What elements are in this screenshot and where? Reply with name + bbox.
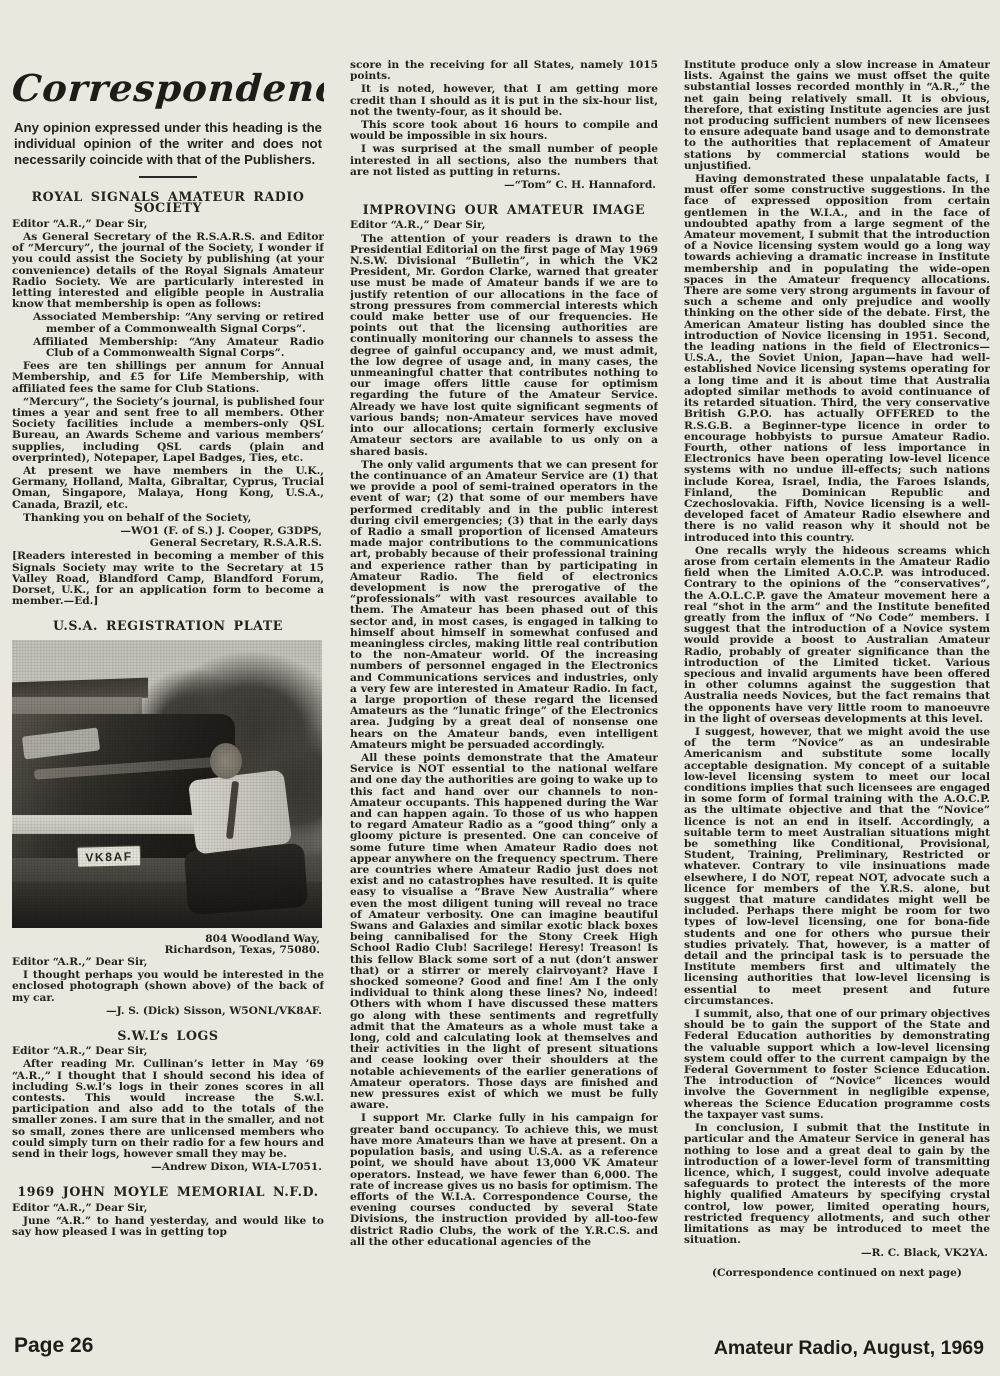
paragraph: “Mercury”, the Society’s journal, is pub… <box>12 397 324 464</box>
paragraph: I suggest, however, that we might avoid … <box>684 727 990 1007</box>
salutation: Editor “A.R.,” Dear Sir, <box>12 1046 324 1057</box>
paragraph: The attention of your readers is drawn t… <box>350 234 658 458</box>
salutation: Editor “A.R.,” Dear Sir, <box>12 219 324 230</box>
salutation: Editor “A.R.,” Dear Sir, <box>12 957 324 968</box>
paragraph: June “A.R.” to hand yesterday, and would… <box>12 1216 324 1238</box>
paragraph: In conclusion, I submit that the Institu… <box>684 1123 990 1246</box>
paragraph-continuation: score in the receiving for all States, n… <box>350 60 658 82</box>
car-rear-window <box>22 727 100 759</box>
licence-plate-text: VK8AF <box>85 848 133 863</box>
column-2: score in the receiving for all States, n… <box>350 60 658 1332</box>
salutation: Editor “A.R.,” Dear Sir, <box>350 220 658 231</box>
man-shirt <box>188 769 292 854</box>
paragraph: I support Mr. Clarke fully in his campai… <box>350 1113 658 1247</box>
column-1-blocks: ROYAL SIGNALS AMATEUR RADIO SOCIETYEdito… <box>12 191 324 1238</box>
paragraph-continuation: Institute produce only a slow increase i… <box>684 60 990 172</box>
page-number: Page 26 <box>14 1334 93 1358</box>
section-heading: ROYAL SIGNALS AMATEUR RADIO SOCIETY <box>12 191 324 213</box>
paragraph: One recalls wryly the hideous screams wh… <box>684 546 990 725</box>
journal-title-date: Amateur Radio, August, 1969 <box>714 1337 984 1360</box>
section-heading: U.S.A. REGISTRATION PLATE <box>12 620 324 631</box>
salutation: Editor “A.R.,” Dear Sir, <box>12 1203 324 1214</box>
continuation-note: (Correspondence continued on next page) <box>684 1268 990 1279</box>
paragraph: I thought perhaps you would be intereste… <box>12 970 324 1004</box>
paragraph: Fees are ten shillings per annum for Ann… <box>12 361 324 395</box>
man-legs <box>184 843 308 915</box>
editor-note: [Readers interested in becoming a member… <box>12 551 324 607</box>
magazine-page: Correspondence Any opinion expressed und… <box>0 0 1000 1376</box>
paragraph: The only valid arguments that we can pre… <box>350 460 658 751</box>
membership-item: Associated Membership: “Any serving or r… <box>12 312 324 334</box>
signature: —“Tom” C. H. Hannaford. <box>350 180 656 191</box>
page-title: Correspondence <box>12 66 324 110</box>
column-3: Institute produce only a slow increase i… <box>684 60 990 1332</box>
disclaimer-text: Any opinion expressed under this heading… <box>14 120 322 168</box>
signature: —Andrew Dixon, WIA-L7051. <box>12 1162 322 1173</box>
membership-item: Affiliated Membership: “Any Amateur Radi… <box>12 337 324 359</box>
paragraph: I was surprised at the small number of p… <box>350 144 658 178</box>
paragraph: It is noted, however, that I am getting … <box>350 84 658 118</box>
photo-caption: Richardson, Texas, 75080. <box>12 945 320 956</box>
signature: —WO1 (F. of S.) J. Cooper, G3DPS, <box>12 526 322 537</box>
section-heading: IMPROVING OUR AMATEUR IMAGE <box>350 204 658 215</box>
column-2-blocks: score in the receiving for all States, n… <box>350 60 658 1248</box>
paragraph: Having demonstrated these unpalatable fa… <box>684 174 990 544</box>
section-heading: 1969 JOHN MOYLE MEMORIAL N.F.D. <box>12 1186 324 1197</box>
signature: General Secretary, R.S.A.R.S. <box>12 538 322 549</box>
signature: —R. C. Black, VK2YA. <box>684 1248 988 1259</box>
paragraph: At present we have members in the U.K., … <box>12 466 324 511</box>
paragraph: This score took about 16 hours to compil… <box>350 120 658 142</box>
paragraph: As General Secretary of the R.S.A.R.S. a… <box>12 232 324 310</box>
photograph: VK8AF <box>12 640 322 928</box>
section-heading: S.W.L’s LOGS <box>12 1030 324 1041</box>
column-3-blocks: Institute produce only a slow increase i… <box>684 60 990 1279</box>
licence-plate: VK8AF <box>77 845 142 868</box>
paragraph: Thanking you on behalf of the Society, <box>12 513 324 524</box>
signature: —J. S. (Dick) Sisson, W5ONL/VK8AF. <box>12 1006 322 1017</box>
paragraph: After reading Mr. Cullinan’s letter in M… <box>12 1059 324 1160</box>
paragraph: I summit, also, that one of our primary … <box>684 1009 990 1121</box>
divider <box>139 176 197 178</box>
column-1: Correspondence Any opinion expressed und… <box>12 60 324 1332</box>
paragraph: All these points demonstrate that the Am… <box>350 753 658 1112</box>
car-trunk-edge <box>34 757 226 780</box>
